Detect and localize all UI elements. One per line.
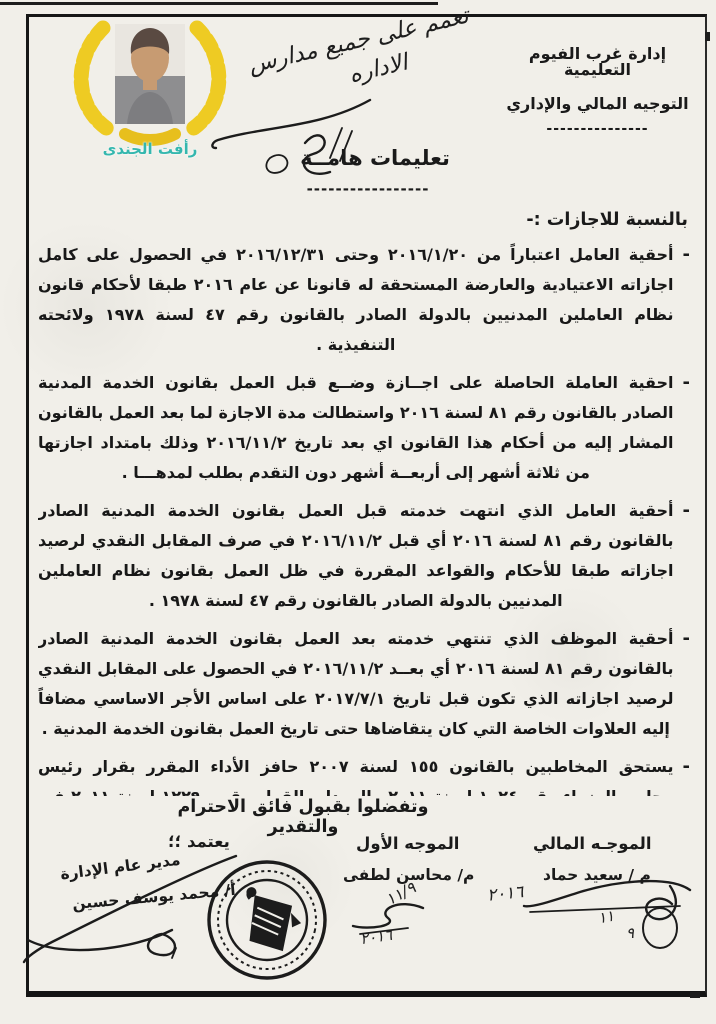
instruction-text: أحقية الموظف الذي تنتهي خدمته بعد العمل … <box>38 624 674 744</box>
title-underline: ----------------- <box>288 180 448 198</box>
dash-marker: - <box>683 496 690 616</box>
dash-marker: - <box>683 368 690 488</box>
list-item: - أحقية الموظف الذي تنتهي خدمته بعد العم… <box>38 624 690 744</box>
handwritten-year: ٢٠١٦ <box>486 882 524 906</box>
official-eagle-stamp-icon <box>205 858 329 982</box>
financial-supervisor-signature-icon <box>520 872 695 952</box>
dash-marker: - <box>683 624 690 744</box>
scan-artifact-mark <box>705 32 710 41</box>
instructions-list: - أحقية العامل اعتباراً من ٢٠١٦/١/٢٠ وحت… <box>38 240 690 796</box>
instruction-text: احقية العاملة الحاصلة على اجــازة وضــع … <box>38 368 674 488</box>
list-item: - أحقية العامل الذي انتهت خدمته قبل العم… <box>38 496 690 616</box>
section-heading-leaves: بالنسبة للاجازات :- <box>470 210 688 230</box>
scanned-document-page: رأفت الجندى تعمم على جميع مدارس الاداره … <box>0 0 716 1024</box>
first-supervisor-title: الموجه الأول <box>356 834 459 853</box>
letterhead: إدارة غرب الفيوم التعليمية التوجيه المال… <box>500 46 695 137</box>
instruction-text: أحقية العامل اعتباراً من ٢٠١٦/١/٢٠ وحتى … <box>38 240 674 360</box>
list-item: - أحقية العامل اعتباراً من ٢٠١٦/١/٢٠ وحت… <box>38 240 690 360</box>
scan-artifact-line <box>0 2 438 5</box>
dash-marker: - <box>683 752 690 796</box>
dash-marker: - <box>683 240 690 360</box>
list-item: - يستحق المخاطبين بالقانون ١٥٥ لسنة ٢٠٠٧… <box>38 752 690 796</box>
instruction-text: أحقية العامل الذي انتهت خدمته قبل العمل … <box>38 496 674 616</box>
document-title: تعليمات هامــة <box>285 146 465 170</box>
portrait-photo <box>115 24 185 124</box>
financial-supervisor-title: الموجـه المالي <box>533 834 652 853</box>
first-supervisor-signature-icon <box>348 896 428 941</box>
scan-artifact-mark <box>690 992 700 998</box>
department-name: التوجيه المالي والإداري <box>500 94 695 113</box>
closing-salutation: وتفضلوا بقبول فائق الاحترام والتقدير <box>158 797 448 837</box>
instruction-text: يستحق المخاطبين بالقانون ١٥٥ لسنة ٢٠٠٧ ح… <box>38 752 674 796</box>
administration-name: إدارة غرب الفيوم التعليمية <box>500 46 695 78</box>
list-item: - احقية العاملة الحاصلة على اجــازة وضــ… <box>38 368 690 488</box>
letterhead-divider: --------------- <box>500 121 695 137</box>
handwritten-signature-icon <box>210 88 380 188</box>
